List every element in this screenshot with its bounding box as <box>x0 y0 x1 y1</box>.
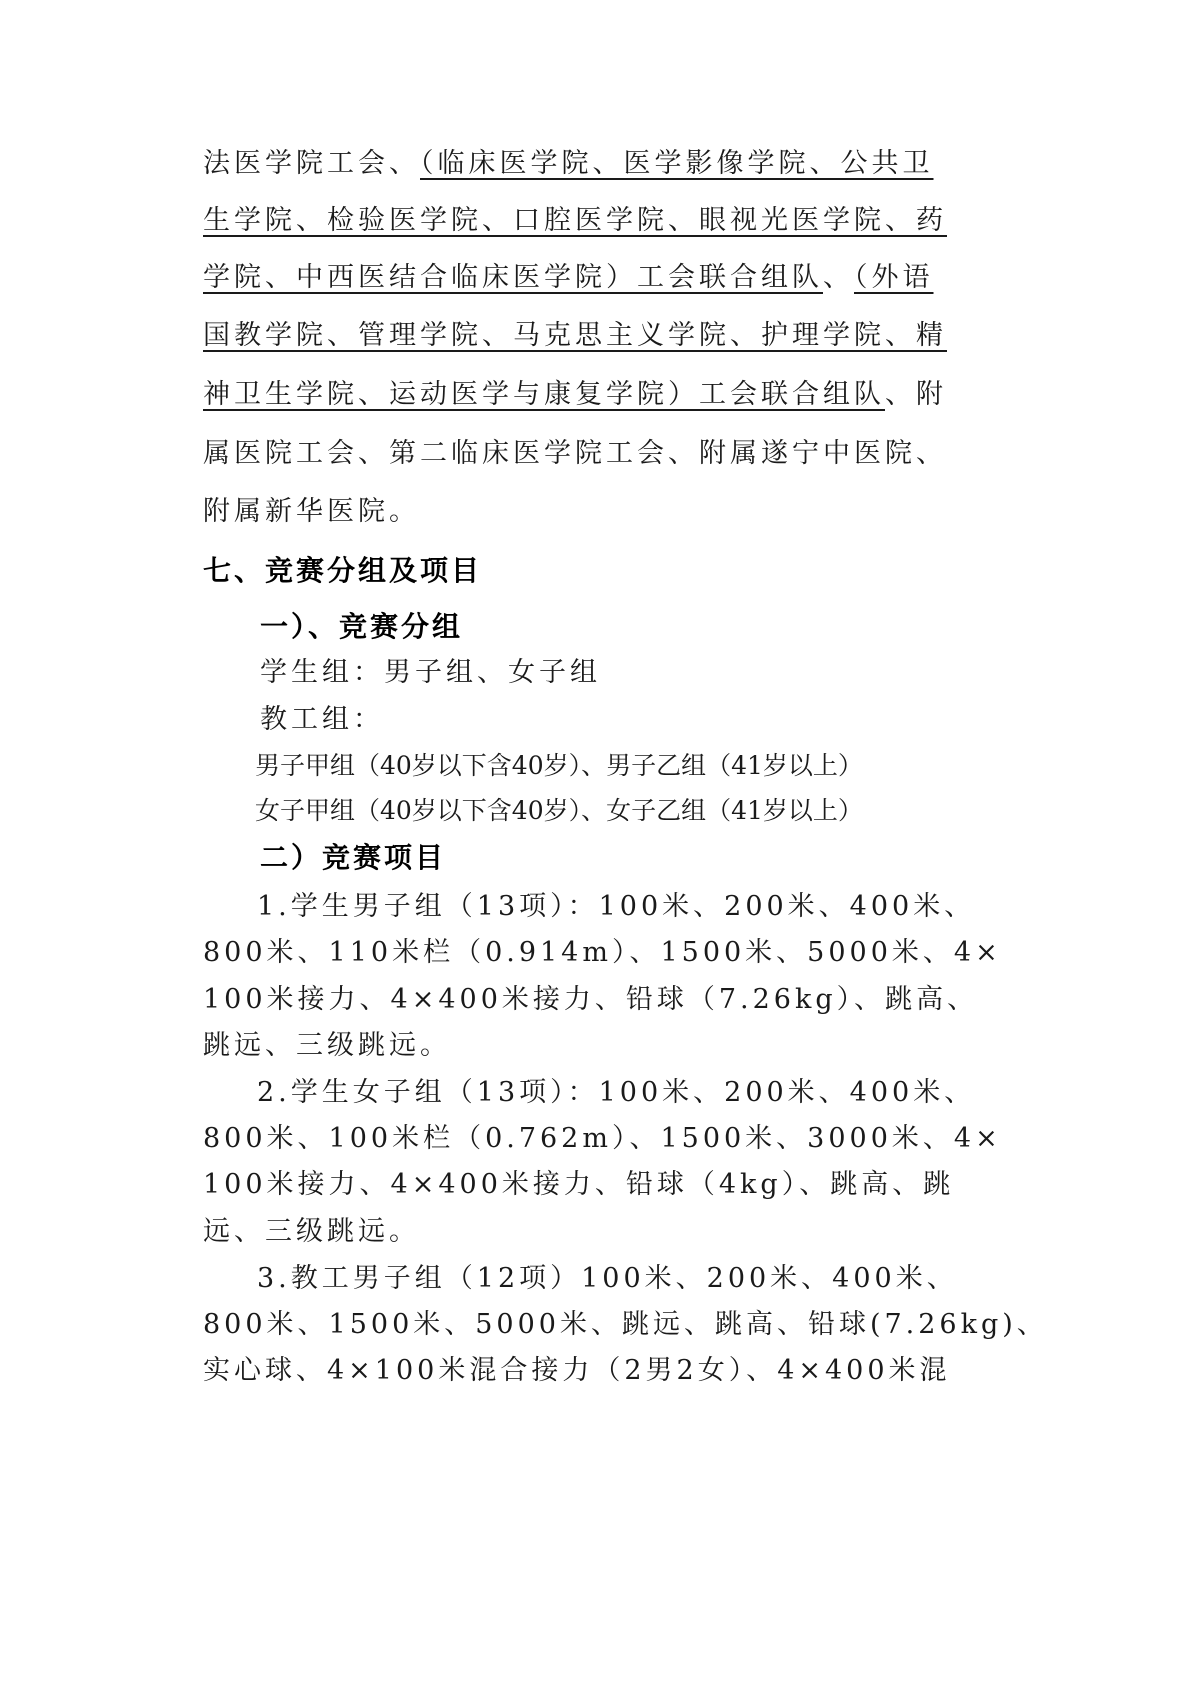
event-item-3-line-2: 800米、1500米、5000米、跳远、跳高、铅球(7.26kg)、 <box>203 1307 913 1343</box>
staff-men-groups: 男子甲组（40岁以下含40岁）、男子乙组（41岁以上） <box>255 748 863 784</box>
staff-women-groups: 女子甲组（40岁以下含40岁）、女子乙组（41岁以上） <box>255 793 863 829</box>
text-segment: 、 <box>823 262 854 293</box>
student-groups: 学生组：男子组、女子组 <box>260 655 601 691</box>
staff-groups-label: 教工组： <box>260 702 384 738</box>
paragraph-line-5: 神卫生学院、运动医学与康复学院）工会联合组队、附 <box>203 377 913 413</box>
underlined-text-segment: 神卫生学院、运动医学与康复学院）工会联合组队 <box>203 379 885 410</box>
event-item-2-line-3: 100米接力、4×400米接力、铅球（4kg）、跳高、跳 <box>203 1167 913 1203</box>
paragraph-line-7: 附属新华医院。 <box>203 494 913 530</box>
paragraph-line-6: 属医院工会、第二临床医学院工会、附属遂宁中医院、 <box>203 436 913 472</box>
subsection-heading-events: 二）竞赛项目 <box>260 840 446 876</box>
underlined-text-segment: （临床医学院、医学影像学院、公共卫 <box>420 148 934 179</box>
event-item-1-line-4: 跳远、三级跳远。 <box>203 1028 913 1064</box>
paragraph-line-2: 生学院、检验医学院、口腔医学院、眼视光医学院、药 <box>203 203 913 239</box>
event-item-3-line-3: 实心球、4×100米混合接力（2男2女）、4×400米混 <box>203 1353 913 1389</box>
event-item-1-line-3: 100米接力、4×400米接力、铅球（7.26kg）、跳高、 <box>203 982 913 1018</box>
text-segment: 属医院工会、第二临床医学院工会、附属遂宁中医院、 <box>203 438 947 469</box>
event-item-2-line-2: 800米、100米栏（0.762m）、1500米、3000米、4× <box>203 1121 913 1157</box>
text-segment: 、附 <box>885 379 947 410</box>
event-item-2-line-1: 2.学生女子组（13项）：100米、200米、400米、 <box>257 1075 975 1111</box>
document-page: 法医学院工会、（临床医学院、医学影像学院、公共卫 生学院、检验医学院、口腔医学院… <box>0 0 1190 1683</box>
section-heading: 七、竞赛分组及项目 <box>203 553 482 589</box>
paragraph-line-1: 法医学院工会、（临床医学院、医学影像学院、公共卫 <box>203 146 913 182</box>
event-item-1-line-1: 1.学生男子组（13项）：100米、200米、400米、 <box>257 889 975 925</box>
underlined-text-segment: 生学院、检验医学院、口腔医学院、眼视光医学院、药 <box>203 205 947 236</box>
event-item-3-line-1: 3.教工男子组（12项）100米、200米、400米、 <box>257 1261 958 1297</box>
subsection-heading-groups: 一）、竞赛分组 <box>260 609 463 645</box>
text-segment: 法医学院工会、 <box>203 148 420 179</box>
text-segment: 附属新华医院。 <box>203 496 420 527</box>
underlined-text-segment: 国教学院、管理学院、马克思主义学院、护理学院、精 <box>203 320 947 351</box>
underlined-text-segment: （外语 <box>854 262 934 293</box>
underlined-text-segment: 学院、中西医结合临床医学院）工会联合组队 <box>203 262 823 293</box>
event-item-1-line-2: 800米、110米栏（0.914m）、1500米、5000米、4× <box>203 935 913 971</box>
paragraph-line-3: 学院、中西医结合临床医学院）工会联合组队、（外语 <box>203 260 913 296</box>
paragraph-line-4: 国教学院、管理学院、马克思主义学院、护理学院、精 <box>203 318 913 354</box>
event-item-2-line-4: 远、三级跳远。 <box>203 1214 913 1250</box>
